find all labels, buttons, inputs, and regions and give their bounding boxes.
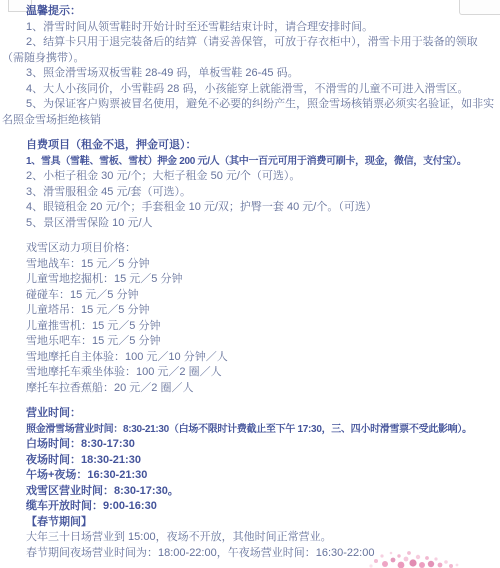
hours-item: 缆车开放时间：9:00-16:30 xyxy=(2,499,496,515)
snow-play-item: 雪地摩托车乘坐体验：100 元／2 圈／人 xyxy=(2,365,496,381)
ski-resort-notice-document: 温馨提示： 1、滑雪时间从领雪鞋时开始计时至还雪鞋结束计时，请合理安排时间。 2… xyxy=(2,4,496,561)
spring-festival-label: 【春节期间】 xyxy=(2,515,496,531)
snow-play-item: 摩托车拉香蕉船：20 元／2 圈／人 xyxy=(2,381,496,397)
hours-item: 午场+夜场：16:30-21:30 xyxy=(2,468,496,484)
hours-item: 白场时间：8:30-17:30 xyxy=(2,437,496,453)
snow-play-heading: 戏雪区动力项目价格： xyxy=(2,241,496,257)
tips-item: 4、大人小孩同价，小雪鞋码 28 码，小孩能穿上就能滑雪，不滑雪的儿童不可进入滑… xyxy=(2,82,496,98)
paid-item: 4、眼镜租金 20 元/个；手套租金 10 元/双；护臀一套 40 元/个。（可… xyxy=(2,200,496,216)
snow-play-item: 儿童雪地挖掘机：15 元／5 分钟 xyxy=(2,272,496,288)
snow-play-item: 雪地摩托自主体验：100 元／10 分钟／人 xyxy=(2,350,496,366)
snow-play-item: 雪地战车：15 元／5 分钟 xyxy=(2,257,496,273)
tips-item: 5、为保证客户购票被冒名使用，避免不必要的纠纷产生，照金雪场核销票必须实名验证，… xyxy=(2,97,496,128)
hours-item: 大年三十日场营业到 15:00，夜场不开放，其他时间正常营业。 xyxy=(2,530,496,546)
hours-item: 夜场时间：18:30-21:30 xyxy=(2,453,496,469)
paid-item: 3、滑雪服租金 45 元/套（可选）。 xyxy=(2,185,496,201)
document-page: 温馨提示： 1、滑雪时间从领雪鞋时开始计时至还雪鞋结束计时，请合理安排时间。 2… xyxy=(0,0,500,568)
paid-item: 2、小柜子租金 30 元/个；大柜子租金 50 元/个（可选）。 xyxy=(2,169,496,185)
snow-play-item: 儿童塔吊：15 元／5 分钟 xyxy=(2,303,496,319)
hours-item: 戏雪区营业时间：8:30-17:30。 xyxy=(2,484,496,500)
tips-item: 3、照金滑雪场双板雪鞋 28-49 码，单板雪鞋 26-45 码。 xyxy=(2,66,496,82)
paid-item: 1、雪具（雪鞋、雪板、雪杖）押金 200 元/人（其中一百元可用于消费可刷卡，现… xyxy=(2,154,496,170)
paid-items-heading: 自费项目（租金不退，押金可退）： xyxy=(2,138,496,154)
tips-item: 2、结算卡只用于退完装备后的结算（请妥善保管，可放于存衣柜中），滑雪卡用于装备的… xyxy=(2,35,496,66)
hours-item: 照金滑雪场营业时间：8:30-21:30（白场不限时计费截止至下午 17:30，… xyxy=(2,422,496,438)
tips-heading: 温馨提示： xyxy=(2,4,496,20)
paid-item: 5、景区滑雪保险 10 元/人 xyxy=(2,216,496,232)
blossom-decoration-icon xyxy=(368,545,466,568)
tips-item: 1、滑雪时间从领雪鞋时开始计时至还雪鞋结束计时，请合理安排时间。 xyxy=(2,20,496,36)
snow-play-item: 雪地乐吧车：15 元／5 分钟 xyxy=(2,334,496,350)
snow-play-item: 碰碰车：15 元／5 分钟 xyxy=(2,288,496,304)
snow-play-item: 儿童推雪机：15 元／5 分钟 xyxy=(2,319,496,335)
hours-heading: 营业时间： xyxy=(2,406,496,422)
